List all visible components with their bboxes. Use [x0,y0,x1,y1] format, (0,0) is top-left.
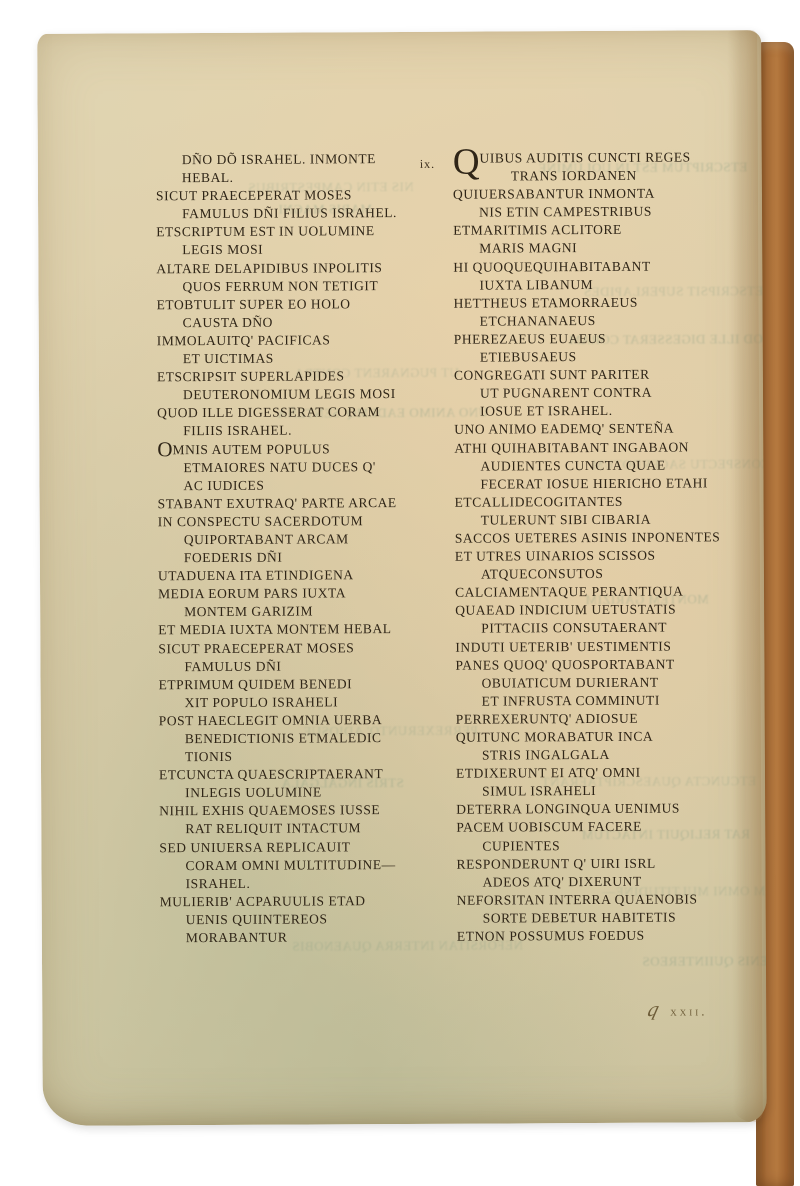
text-line: FAMULUS DÑI FILIUS ISRAHEL. [156,204,436,224]
text-line: QUITUNC MORABATUR INCA [456,727,786,747]
text-line: ADEOS ATQ' DIXERUNT [457,872,787,892]
text-line: NIS ETIN CAMPESTRIBUS [453,202,783,222]
text-line: UENIS QUIINTEREOS [160,910,440,930]
text-line: ET UICTIMAS [157,349,437,369]
text-line: SICUT PRAECEPERAT MOSES [158,638,438,658]
text-line: ETPRIMUM QUIDEM BENEDI [159,675,439,695]
text-line: PHEREZAEUS EUAEUS [454,329,784,349]
text-line: TULERUNT SIBI CIBARIA [455,510,785,530]
bleedthrough-text: UENIS QUIINTEREOS [642,952,767,971]
text-line: IN CONSPECTU SACERDOTUM [158,512,438,532]
text-line: TIONIS [159,747,439,767]
text-line: MEDIA EORUM PARS IUXTA [158,584,438,604]
text-line: ETCHANANAEUS [454,311,784,331]
quire-numeral: xxii. [670,1003,707,1018]
text-line: RAT RELIQUIT INTACTUM [159,819,439,839]
text-line: ETIEBUSAEUS [454,347,784,367]
text-line: ISRAHEL. [160,874,440,894]
text-line: BENEDICTIONIS ETMALEDIC [159,729,439,749]
text-line: MONTEM GARIZIM [158,602,438,622]
text-line: PITTACIIS CONSUTAERANT [455,618,785,638]
text-line: QUIUERSABANTUR INMONTA [453,184,783,204]
text-line: QUIBUS AUDITIS CUNCTI REGES [453,148,783,168]
text-line: ATQUECONSUTOS [455,564,785,584]
text-line: POST HAECLEGIT OMNIA UERBA [159,711,439,731]
text-line: FAMULUS DÑI [158,656,438,676]
text-line: SORTE DEBETUR HABITETIS [457,908,787,928]
text-line: ATHI QUIHABITABANT INGABAON [454,437,784,457]
text-line: HEBAL. [156,168,436,188]
text-line: TRANS IORDANEN [453,166,783,186]
text-line: ETOBTULIT SUPER EO HOLO [157,295,437,315]
text-line: QUOS FERRUM NON TETIGIT [156,276,436,296]
text-line: FILIIS ISRAHEL. [157,421,437,441]
text-line: XIT POPULO ISRAHELI [159,693,439,713]
text-line: ETMARITIMIS ACLITORE [453,220,783,240]
text-line: HI QUOQUEQUIHABITABANT [453,257,783,277]
text-line: SED UNIUERSA REPLICAUIT [159,837,439,857]
text-line: NIHIL EXHIS QUAEMOSES IUSSE [159,801,439,821]
parchment-page: NIS ETIN CAMPESTRIBUSMARIS MAGNIUT PUGNA… [37,30,767,1126]
text-line: IUXTA LIBANUM [453,275,783,295]
text-line: AC IUDICES [157,476,437,496]
text-line: CAUSTA DÑO [157,313,437,333]
text-line: FOEDERIS DÑI [158,548,438,568]
text-line: NEFORSITAN INTERRA QUAENOBIS [457,890,787,910]
initial-capital: O [157,437,172,461]
text-line: DÑO DÕ ISRAHEL. INMONTE [156,150,436,170]
quire-signature: qxxii. [648,998,707,1021]
text-line: STRIS INGALGALA [456,745,786,765]
chapter-numeral: ix. [420,155,435,173]
text-line: STABANT EXUTRAQ' PARTE ARCAE [158,494,438,514]
left-column: DÑO DÕ ISRAHEL. INMONTEHEBAL.SICUT PRAEC… [156,150,440,948]
text-line: RESPONDERUNT Q' UIRI ISRL [456,854,786,874]
text-line: ETCALLIDECOGITANTES [455,492,785,512]
text-line: SICUT PRAECEPERAT MOSES [156,186,436,206]
text-line: PANES QUOQ' QUOSPORTABANT [455,655,785,675]
text-line: CALCIAMENTAQUE PERANTIQUA [455,582,785,602]
text-line: ETSCRIPTUM EST IN UOLUMINE [156,222,436,242]
text-line: CUPIENTES [456,836,786,856]
text-line: IOSUE ET ISRAHEL. [454,401,784,421]
initial-capital: Q [453,142,480,183]
text-line: PERREXERUNTQ' ADIOSUE [456,709,786,729]
text-line: CORAM OMNI MULTITUDINE— [159,855,439,875]
text-line: AUDIENTES CUNCTA QUAE [454,456,784,476]
text-line: DEUTERONOMIUM LEGIS MOSI [157,385,437,405]
text-line: IMMOLAUITQ' PACIFICAS [157,331,437,351]
text-line: ETNON POSSUMUS FOEDUS [457,926,787,946]
text-line: UT PUGNARENT CONTRA [454,383,784,403]
text-line: UNO ANIMO EADEMQ' SENTEÑA [454,419,784,439]
text-line: ET INFRUSTA COMMINUTI [456,691,786,711]
text-line: OMNIS AUTEM POPULUS [157,439,437,459]
text-line: INDUTI UETERIB' UESTIMENTIS [455,637,785,657]
text-line: QUOD ILLE DIGESSERAT CORAM [157,403,437,423]
text-line: DETERRA LONGINQUA UENIMUS [456,799,786,819]
text-line: INLEGIS UOLUMINE [159,783,439,803]
text-line: PACEM UOBISCUM FACERE [456,817,786,837]
text-line: MARIS MAGNI [453,238,783,258]
text-line: FECERAT IOSUE HIERICHO ETAHI [454,474,784,494]
manuscript-photo: NIS ETIN CAMPESTRIBUSMARIS MAGNIUT PUGNA… [0,0,800,1186]
text-line: SACCOS UETERES ASINIS INPONENTES [455,528,785,548]
text-line: ETDIXERUNT EI ATQ' OMNI [456,763,786,783]
text-line: QUAEAD INDICIUM UETUSTATIS [455,600,785,620]
text-line: ETSCRIPSIT SUPERLAPIDES [157,367,437,387]
text-line: MULIERIB' ACPARUULIS ETAD [160,892,440,912]
text-line: ETCUNCTA QUAESCRIPTAERANT [159,765,439,785]
quire-flourish-glyph: q [645,998,663,1023]
text-line: OBUIATICUM DURIERANT [456,673,786,693]
text-line: ET MEDIA IUXTA MONTEM HEBAL [158,620,438,640]
text-line: QUIPORTABANT ARCAM [158,530,438,550]
text-line: SIMUL ISRAHELI [456,781,786,801]
text-line: ET UTRES UINARIOS SCISSOS [455,546,785,566]
text-line: ALTARE DELAPIDIBUS INPOLITIS [156,258,436,278]
text-line: LEGIS MOSI [156,240,436,260]
text-line: UTADUENA ITA ETINDIGENA [158,566,438,586]
text-line: HETTHEUS ETAMORRAEUS [454,293,784,313]
right-column: ix. QUIBUS AUDITIS CUNCTI REGESTRANS IOR… [453,148,787,946]
text-line: ETMAIORES NATU DUCES Q' [157,457,437,477]
text-line: CONGREGATI SUNT PARITER [454,365,784,385]
text-line: MORABANTUR [160,928,440,948]
